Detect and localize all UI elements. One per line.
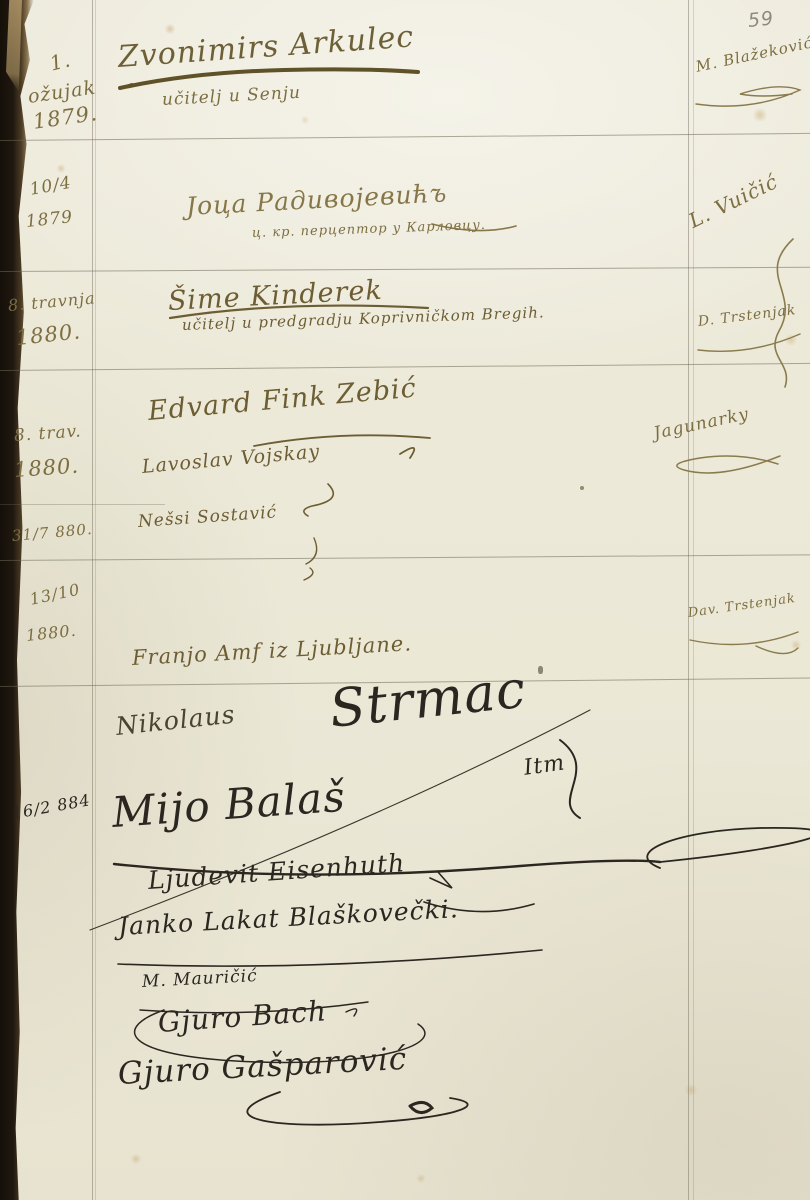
entry-5-witness-flourish bbox=[686, 626, 804, 660]
entry-2-date-line-1: 10/4 bbox=[28, 173, 73, 200]
entry-5-date-line-2: 1880. bbox=[25, 621, 78, 645]
stain bbox=[790, 640, 802, 650]
entry-1-date-line-1: 1. bbox=[47, 47, 73, 75]
entry-1-witness-flourish bbox=[692, 82, 808, 110]
entry-4-date-line-2: 1880. bbox=[13, 453, 80, 481]
ink-dot bbox=[580, 486, 584, 490]
entry-5-witness-signature: Dav. Trstenjak bbox=[687, 591, 797, 621]
stain bbox=[684, 1084, 698, 1096]
entry-6-gasparovic-flourish bbox=[160, 1086, 510, 1132]
ink-mark bbox=[538, 666, 543, 674]
register-page: 59 1. ožujak 1879. Zvonimirs Arkulec uči… bbox=[0, 0, 810, 1200]
entry-2-date-line-2: 1879 bbox=[25, 207, 74, 232]
stain bbox=[300, 116, 310, 124]
stain bbox=[416, 1174, 426, 1183]
witness-column-rule bbox=[688, 0, 689, 1200]
entry-5-signature: Franjo Amf iz Ljubljane. bbox=[131, 631, 412, 670]
witness-column-rule-double bbox=[693, 0, 694, 1200]
entry-4-sig3-flourish bbox=[296, 534, 326, 584]
entry-1-witness-signature: M. Blažeković bbox=[694, 33, 810, 75]
page-number: 59 bbox=[747, 7, 775, 32]
stain bbox=[752, 108, 768, 122]
entry-3-date-line-2: 1880. bbox=[15, 319, 82, 350]
date-column-rule-double bbox=[95, 0, 96, 1200]
entry-4-signature-1: Edvard Fink Zebić bbox=[147, 373, 418, 427]
stain bbox=[130, 1154, 142, 1164]
entry-4-sig2-flourish bbox=[288, 480, 348, 520]
stain bbox=[784, 334, 798, 346]
entry-2-witness-signature: L. Vuičić bbox=[685, 169, 782, 233]
entry-2-signature: Јоца Радивојевићъ bbox=[185, 178, 448, 221]
date-column-rule bbox=[92, 0, 93, 1200]
entry-4-date-line-1: 8. trav. bbox=[13, 421, 82, 446]
stain bbox=[164, 24, 176, 34]
entry-4-signature-2: Lavoslav Vojskay bbox=[141, 440, 321, 477]
entry-4-witness-flourish bbox=[660, 450, 790, 482]
entry-4-witness-signature: Jagunarky bbox=[652, 404, 751, 444]
stain bbox=[56, 164, 66, 173]
entry-4-extra-date: 31/7 880. bbox=[11, 520, 93, 545]
row-rule-4-short bbox=[0, 504, 165, 505]
entry-4-signature-3: Nešsi Sostavić bbox=[137, 502, 277, 532]
entry-5-date-line-1: 13/10 bbox=[28, 580, 82, 609]
